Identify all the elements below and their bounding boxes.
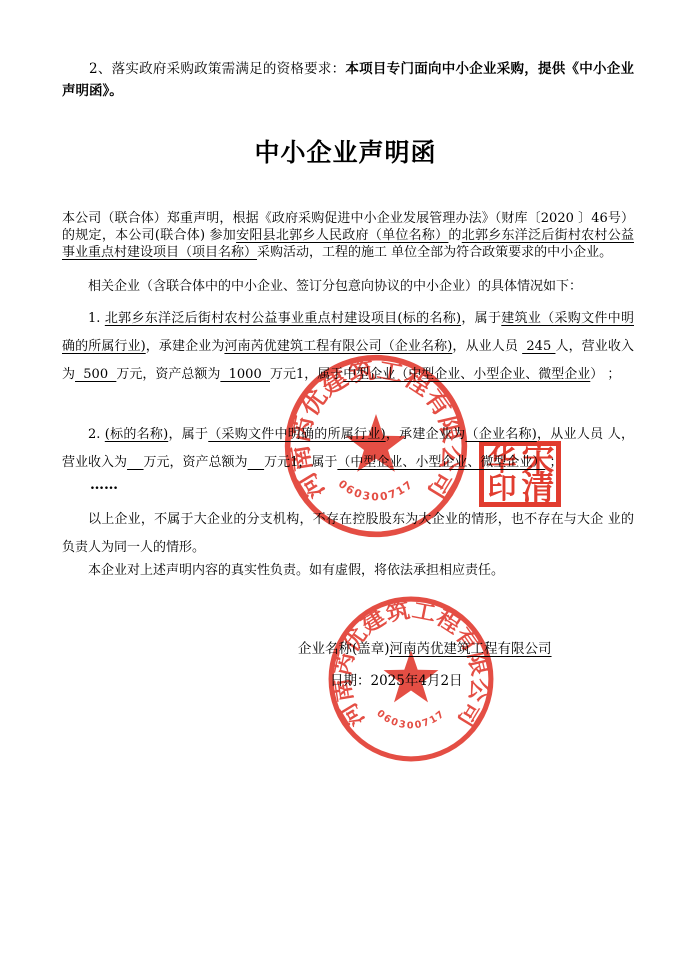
page-title: 中小企业声明函: [0, 133, 691, 169]
text-segment: ） ；: [590, 367, 620, 382]
qualification-clause: 2、落实政府采购政策需满足的资格要求：本项目专门面向中小企业采购，提供《中小企业…: [62, 58, 634, 102]
text-segment: ，属于: [461, 311, 501, 326]
seal-char: 清: [520, 474, 556, 502]
text-segment: ，从业人员: [452, 339, 522, 354]
text-segment: 2.: [88, 427, 105, 442]
text-segment: ，承建企业为: [146, 339, 225, 354]
text-segment: ，属于: [168, 427, 208, 442]
text-segment: 中型企业（中型企业、小型企业、微型企业: [343, 367, 590, 382]
text-segment: 相关企业（含联合体中的中小企业、签订分包意向协议的中小企业）的具体情况如下：: [88, 279, 582, 294]
svg-text:河南芮优建筑工程有限公司: 河南芮优建筑工程有限公司: [329, 597, 492, 731]
text-segment: [127, 455, 144, 470]
related-companies-intro: 相关企业（含联合体中的中小企业、签订分包意向协议的中小企业）的具体情况如下：: [62, 278, 634, 295]
text-segment: 245: [522, 339, 555, 354]
text-segment: 万元，资产总额为: [144, 455, 248, 470]
text-segment: 以上企业，不属于大企业的分支机构，不存在控股股东为大企业的情形，也不存在与大企 …: [62, 512, 634, 555]
svg-text:4106030071778: 4106030071778: [326, 594, 448, 731]
document-page: 2、落实政府采购政策需满足的资格要求：本项目专门面向中小企业采购，提供《中小企业…: [0, 0, 691, 956]
date-value: 2025年4月2日: [371, 673, 463, 689]
text-segment: (标的名称): [105, 427, 168, 442]
text-segment: 河南芮优建筑工程有限公司（企业名称): [224, 339, 452, 354]
text-segment: 万元1，属于: [264, 455, 337, 470]
text-segment: 1000: [220, 367, 270, 382]
seal-char: 华: [484, 446, 520, 474]
text-segment: 安阳县北郭乡人民政府（单位名称）: [236, 228, 448, 243]
text-segment: 本企业对上述声明内容的真实性负责。如有虚假，将依法承担相应责任。: [88, 563, 504, 578]
signature-line: 企业名称(盖章)河南芮优建筑工程有限公司: [298, 637, 552, 657]
seal-number: 4106030071778: [326, 594, 448, 731]
personal-name-seal: 华 宋 印 清: [479, 441, 561, 507]
text-segment: 500: [75, 367, 116, 382]
text-segment: ，承建企业为: [386, 427, 466, 442]
responsibility-statement: 本企业对上述声明内容的真实性负责。如有虚假，将依法承担相应责任。: [62, 562, 634, 579]
text-segment: 北郭乡东洋泛后街村农村公益事业重点村建设项目(标的名称): [105, 311, 461, 326]
text-segment: 1.: [88, 311, 105, 326]
company-item-1: 1. 北郭乡东洋泛后街村农村公益事业重点村建设项目(标的名称)，属于建筑业（采购…: [62, 305, 634, 389]
company-name-label: 企业名称(盖章): [298, 641, 390, 657]
text-segment: 万元1，属于: [270, 367, 343, 382]
company-name-value: 河南芮优建筑工程有限公司: [390, 641, 552, 657]
text-segment: 2、落实政府采购政策需满足的资格要求：: [89, 61, 345, 77]
seal-ring-text: 河南芮优建筑工程有限公司: [329, 597, 492, 731]
date-line: 日期：2025年4月2日: [330, 669, 463, 689]
text-segment: 采购活动，工程的施工 单位全部为符合政策要求的中小企业。: [257, 245, 612, 260]
text-segment: 的: [448, 228, 461, 243]
text-segment: （采购文件中明确的所属行业): [208, 427, 385, 442]
text-segment: ……: [90, 477, 118, 493]
date-label: 日期：: [330, 673, 371, 689]
declaration-paragraph: 本公司（联合体）郑重声明，根据《政府采购促进中小企业发展管理办法》（财库〔202…: [62, 210, 634, 261]
text-segment: 万元，资产总额为: [116, 367, 220, 382]
seal-char: 印: [484, 474, 520, 502]
no-branch-statement: 以上企业，不属于大企业的分支机构，不存在控股股东为大企业的情形，也不存在与大企 …: [62, 506, 634, 562]
text-segment: [248, 455, 265, 470]
